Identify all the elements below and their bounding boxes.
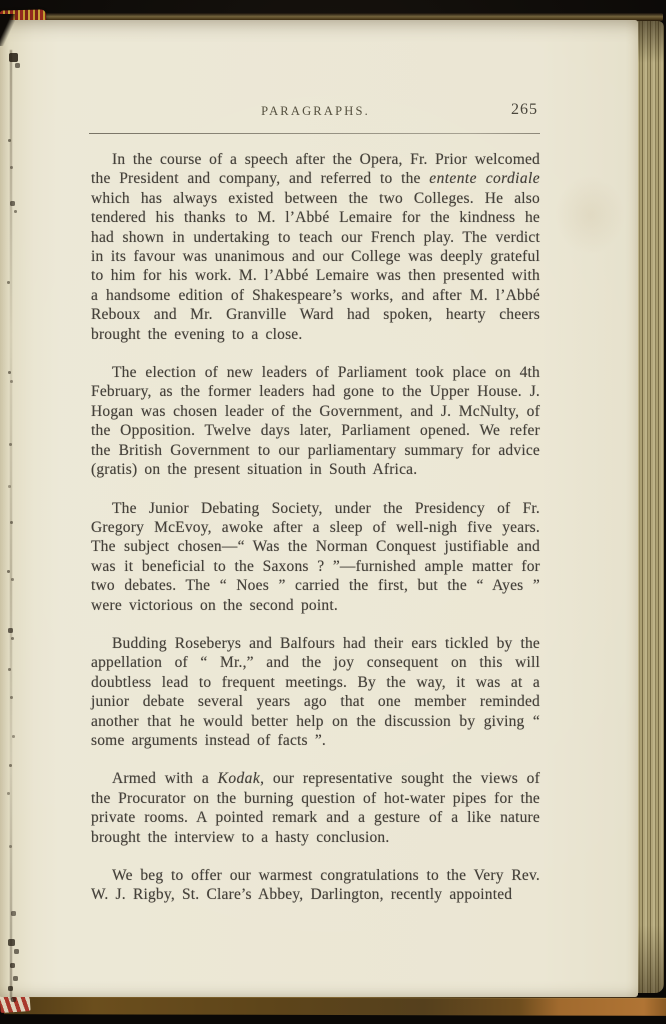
body-text-segment: Armed with a: [112, 770, 218, 787]
body-text-segment: The election of new leaders of Parliamen…: [91, 364, 540, 478]
italic-text: entente cordiale: [429, 170, 540, 187]
body-text-segment: The Junior Debating Society, under the P…: [91, 500, 540, 614]
header-rule: [89, 133, 540, 134]
running-header-title: PARAGRAPHS.: [91, 104, 540, 119]
book-bottom-cover: [4, 996, 666, 1016]
paragraph: In the course of a speech after the Oper…: [91, 150, 540, 344]
page-number: 265: [511, 101, 538, 119]
italic-text: Kodak: [218, 770, 260, 787]
paragraph: The Junior Debating Society, under the P…: [91, 499, 540, 615]
running-head: PARAGRAPHS. 265: [91, 104, 540, 119]
body-text-segment: which has always existed between the two…: [91, 190, 540, 343]
paragraph: The election of new leaders of Parliamen…: [91, 363, 540, 479]
body-text-segment: Budding Roseberys and Balfours had their…: [91, 635, 540, 749]
paragraph: We beg to offer our warmest congratulati…: [91, 866, 540, 905]
paragraph: Armed with a Kodak, our representative s…: [91, 769, 540, 847]
fore-edge-page-stack: [637, 21, 664, 993]
paragraph: Budding Roseberys and Balfours had their…: [91, 634, 540, 750]
body-text-segment: We beg to offer our warmest congratulati…: [91, 867, 540, 903]
book-page: PARAGRAPHS. 265 In the course of a speec…: [0, 20, 638, 997]
book-photograph: PARAGRAPHS. 265 In the course of a speec…: [0, 0, 666, 1024]
binding-corner-shadow: [0, 14, 15, 46]
page-body: In the course of a speech after the Oper…: [91, 150, 540, 905]
page-content: PARAGRAPHS. 265 In the course of a speec…: [0, 20, 638, 997]
